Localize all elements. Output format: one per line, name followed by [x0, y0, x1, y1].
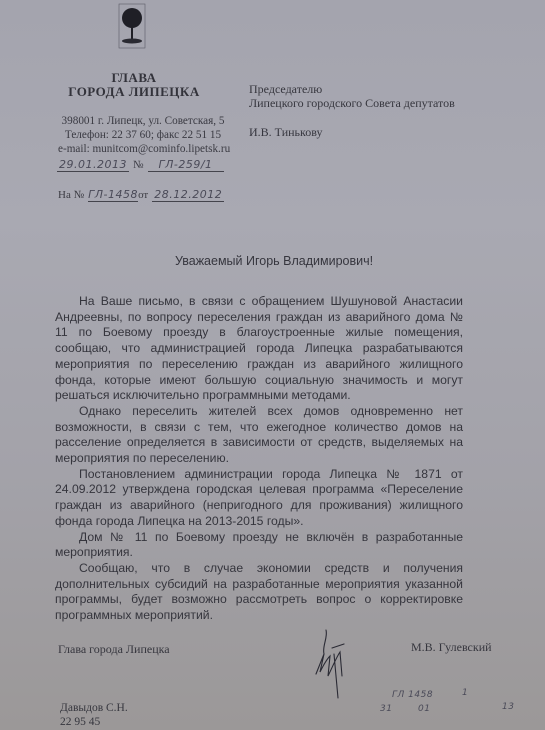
letterhead-address: 398001 г. Липецк, ул. Советская, 5 — [58, 115, 228, 127]
reference-from-label: от — [138, 189, 148, 201]
stamp-copy: 1 — [462, 688, 468, 698]
addressee-line1: Председателю — [249, 82, 322, 97]
addressee-name: И.В. Тинькову — [249, 125, 323, 140]
greeting: Уважаемый Игорь Владимирович! — [175, 254, 373, 268]
reference-date: 28.12.2012 — [152, 188, 224, 202]
reference-prefix: На № — [58, 189, 84, 201]
body-paragraph: Дом № 11 по Боевому проезду не включён в… — [55, 530, 463, 561]
executor-phone: 22 95 45 — [60, 716, 100, 728]
body-paragraph: На Ваше письмо, в связи с обращением Шуш… — [55, 294, 463, 404]
outgoing-date: 29.01.2013 — [57, 158, 129, 172]
addressee-line2: Липецкого городского Совета депутатов — [249, 96, 455, 111]
letter-page: ГЛАВА ГОРОДА ЛИПЕЦКА 398001 г. Липецк, у… — [0, 0, 545, 730]
letter-body: На Ваше письмо, в связи с обращением Шуш… — [55, 294, 463, 624]
handwritten-signature-icon — [312, 628, 352, 700]
letterhead-title-line2: ГОРОДА ЛИПЕЦКА — [64, 84, 204, 100]
outgoing-number: ГЛ-259/1 — [148, 158, 224, 172]
stamp-number: ГЛ 1458 — [392, 690, 433, 700]
number-label: № — [133, 159, 144, 171]
stamp-month: 01 — [418, 704, 430, 714]
tree-emblem-icon — [118, 2, 146, 50]
reference-line: На № ГЛ-1458от 28.12.2012 — [58, 185, 224, 203]
body-paragraph: Однако переселить жителей всех домов одн… — [55, 404, 463, 467]
letterhead-email: e-mail: munitcom@cominfo.lipetsk.ru — [58, 143, 228, 155]
signatory-position: Глава города Липецка — [58, 642, 170, 657]
letterhead-phone: Телефон: 22 37 60; факс 22 51 15 — [58, 129, 228, 141]
stamp-year: 13 — [502, 702, 514, 712]
signatory-name: М.В. Гулевский — [411, 640, 492, 655]
outgoing-registration: 29.01.2013 № ГЛ-259/1 — [57, 155, 224, 173]
stamp-day: 31 — [380, 704, 392, 714]
body-paragraph: Сообщаю, что в случае экономии средств и… — [55, 561, 463, 624]
executor-name: Давыдов С.Н. — [60, 702, 128, 714]
reference-number: ГЛ-1458 — [88, 188, 138, 202]
body-paragraph: Постановлением администрации города Липе… — [55, 467, 463, 530]
